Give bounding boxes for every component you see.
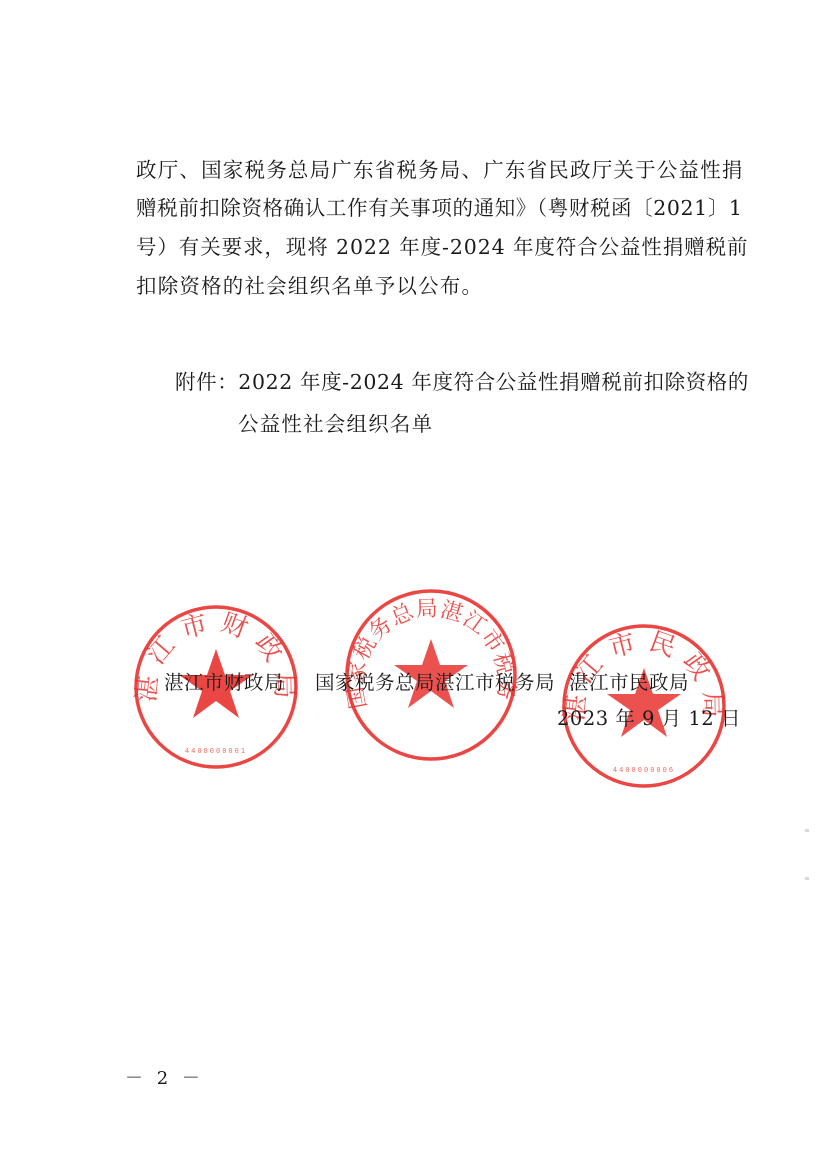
attachment-line-1: 附件：2022 年度-2024 年度符合公益性捐赠税前扣除资格的: [175, 372, 749, 393]
attachment-line-2: 公益性社会组织名单: [238, 414, 433, 435]
official-seal-civil-affairs-bureau: 湛江市民政局 4408000006: [560, 622, 728, 790]
signatory-tax-bureau: 国家税务总局湛江市税务局: [315, 673, 555, 693]
page-number: － 2 －: [125, 1064, 204, 1090]
signatory-civil-affairs-bureau: 湛江市民政局: [569, 673, 689, 693]
body-line-4: 扣除资格的社会组织名单予以公布。: [136, 276, 483, 297]
body-line-1: 政厅、国家税务总局广东省税务局、广东省民政厅关于公益性捐: [136, 160, 744, 181]
svg-text:4408000001: 4408000001: [185, 747, 247, 755]
svg-text:4408000006: 4408000006: [613, 766, 675, 774]
document-date: 2023 年 9 月 12 日: [557, 709, 741, 729]
scan-speck: [805, 877, 809, 880]
body-line-2: 赠税前扣除资格确认工作有关事项的通知》（粤财税函〔2021〕1: [136, 198, 743, 219]
signatory-finance-bureau: 湛江市财政局: [164, 673, 284, 693]
scan-speck: [805, 829, 809, 832]
body-line-3: 号）有关要求，现将 2022 年度-2024 年度符合公益性捐赠税前: [136, 237, 748, 258]
